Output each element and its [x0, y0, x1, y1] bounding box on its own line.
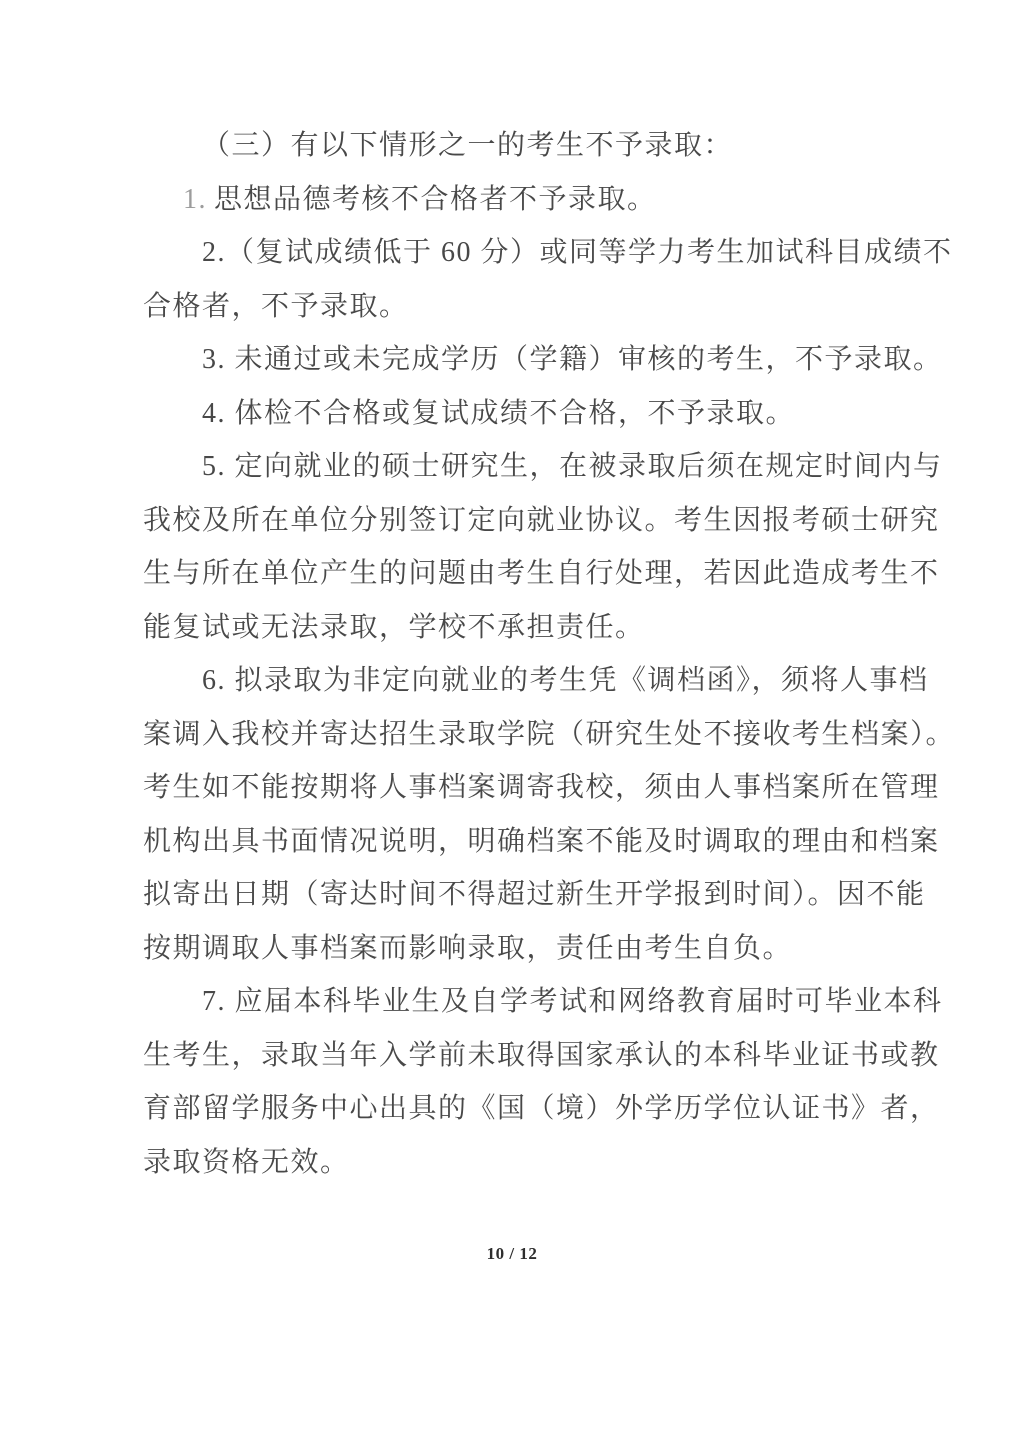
text-line: 6. 拟录取为非定向就业的考生凭《调档函》，须将人事档: [143, 654, 918, 708]
text-line: 3. 未通过或未完成学历（学籍）审核的考生，不予录取。: [143, 333, 918, 387]
page-number: 10 / 12: [0, 1244, 1024, 1264]
text-line: 考生如不能按期将人事档案调寄我校，须由人事档案所在管理: [143, 761, 918, 815]
text-line: 录取资格无效。: [143, 1136, 918, 1190]
text-line: 案调入我校并寄达招生录取学院（研究生处不接收考生档案）。: [143, 708, 918, 762]
text-line: 我校及所在单位分别签订定向就业协议。考生因报考硕士研究: [143, 494, 918, 548]
text-line: 能复试或无法录取，学校不承担责任。: [143, 601, 918, 655]
text-line: 合格者，不予录取。: [143, 280, 918, 334]
text-line: 生与所在单位产生的问题由考生自行处理，若因此造成考生不: [143, 547, 918, 601]
text-line: 4. 体检不合格或复试成绩不合格，不予录取。: [143, 387, 918, 441]
text-line: 机构出具书面情况说明，明确档案不能及时调取的理由和档案: [143, 815, 918, 869]
document-body: （三）有以下情形之一的考生不予录取：1.思想品德考核不合格者不予录取。2.（复试…: [143, 119, 918, 1189]
text-line: 生考生，录取当年入学前未取得国家承认的本科毕业证书或教: [143, 1029, 918, 1083]
text-line: 育部留学服务中心出具的《国（境）外学历学位认证书》者，: [143, 1082, 918, 1136]
text-line: 拟寄出日期（寄达时间不得超过新生开学报到时间）。因不能: [143, 868, 918, 922]
document-page: （三）有以下情形之一的考生不予录取：1.思想品德考核不合格者不予录取。2.（复试…: [0, 0, 1024, 1448]
text-line: 2.（复试成绩低于 60 分）或同等学力考生加试科目成绩不: [143, 226, 918, 280]
text-line: 按期调取人事档案而影响录取，责任由考生自负。: [143, 922, 918, 976]
text-line: 1.思想品德考核不合格者不予录取。: [143, 173, 918, 227]
list-number: 1.: [183, 184, 214, 215]
text-line: 5. 定向就业的硕士研究生，在被录取后须在规定时间内与: [143, 440, 918, 494]
text-line: 7. 应届本科毕业生及自学考试和网络教育届时可毕业本科: [143, 975, 918, 1029]
text-line: （三）有以下情形之一的考生不予录取：: [143, 119, 918, 173]
